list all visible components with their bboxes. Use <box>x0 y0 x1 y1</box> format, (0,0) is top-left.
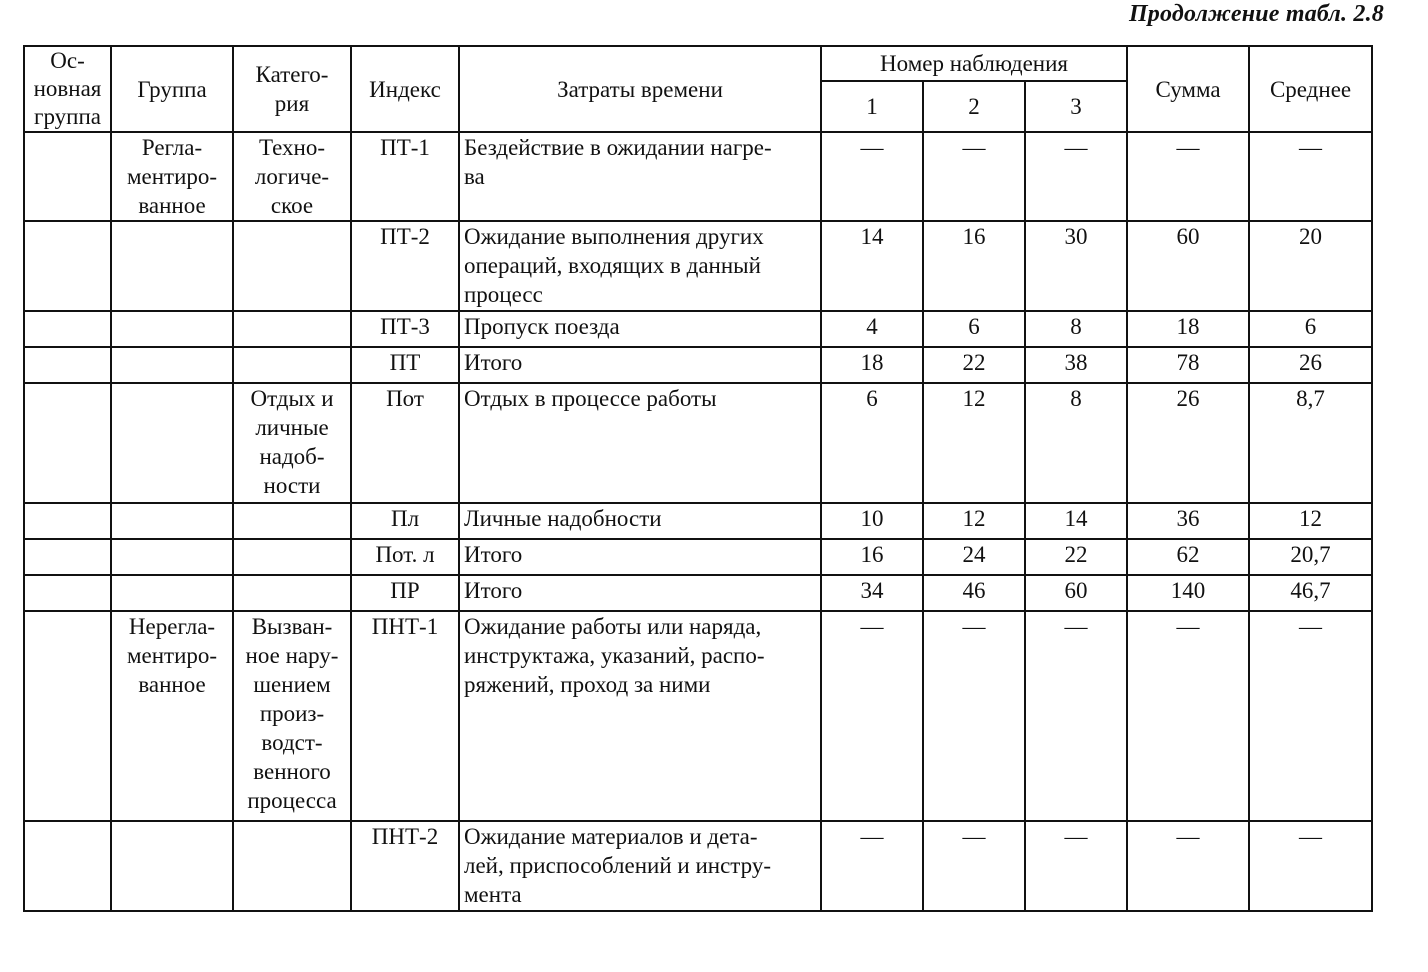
main-group-cell <box>24 311 111 347</box>
category-cell <box>233 503 351 539</box>
average-cell: 12 <box>1249 503 1372 539</box>
category-cell: Техно- логиче- ское <box>233 132 351 221</box>
obs-3-cell: — <box>1025 821 1127 911</box>
header-obs-2: 2 <box>923 81 1025 132</box>
obs-2-cell: 24 <box>923 539 1025 575</box>
average-cell: 20 <box>1249 221 1372 311</box>
obs-3-cell: 38 <box>1025 347 1127 383</box>
category-cell: Отдых и личные надоб- ности <box>233 383 351 503</box>
table-row: Нерегла- ментиро- ванноеВызван- ное нару… <box>24 611 1372 821</box>
group-cell: Регла- ментиро- ванное <box>111 132 233 221</box>
sum-cell: 18 <box>1127 311 1249 347</box>
obs-1-cell: — <box>821 611 923 821</box>
obs-1-cell: 34 <box>821 575 923 611</box>
sum-cell: 60 <box>1127 221 1249 311</box>
description-cell: Бездействие в ожидании нагре- ва <box>459 132 821 221</box>
description-cell: Ожидание выполнения других операций, вхо… <box>459 221 821 311</box>
obs-3-cell: 30 <box>1025 221 1127 311</box>
category-cell <box>233 539 351 575</box>
main-group-cell <box>24 611 111 821</box>
obs-1-cell: 18 <box>821 347 923 383</box>
sum-cell: 62 <box>1127 539 1249 575</box>
sum-cell: — <box>1127 611 1249 821</box>
index-cell: ПР <box>351 575 459 611</box>
obs-3-cell: 60 <box>1025 575 1127 611</box>
average-cell: 20,7 <box>1249 539 1372 575</box>
obs-3-cell: 8 <box>1025 311 1127 347</box>
description-cell: Отдых в процессе работы <box>459 383 821 503</box>
category-cell <box>233 575 351 611</box>
obs-2-cell: — <box>923 611 1025 821</box>
group-cell <box>111 503 233 539</box>
category-cell <box>233 347 351 383</box>
index-cell: ПНТ-2 <box>351 821 459 911</box>
average-cell: 8,7 <box>1249 383 1372 503</box>
sum-cell: 78 <box>1127 347 1249 383</box>
obs-1-cell: 14 <box>821 221 923 311</box>
sum-cell: 36 <box>1127 503 1249 539</box>
group-cell <box>111 347 233 383</box>
table-row: Регла- ментиро- ванноеТехно- логиче- ско… <box>24 132 1372 221</box>
description-cell: Личные надобности <box>459 503 821 539</box>
average-cell: — <box>1249 611 1372 821</box>
header-obs-1: 1 <box>821 81 923 132</box>
obs-3-cell: — <box>1025 132 1127 221</box>
obs-3-cell: 8 <box>1025 383 1127 503</box>
obs-1-cell: 10 <box>821 503 923 539</box>
header-group: Группа <box>111 46 233 132</box>
obs-2-cell: — <box>923 821 1025 911</box>
category-cell: Вызван- ное нару- шением произ- водст- в… <box>233 611 351 821</box>
header-index: Индекс <box>351 46 459 132</box>
group-cell: Нерегла- ментиро- ванное <box>111 611 233 821</box>
sum-cell: 26 <box>1127 383 1249 503</box>
obs-1-cell: 6 <box>821 383 923 503</box>
index-cell: ПТ <box>351 347 459 383</box>
main-group-cell <box>24 132 111 221</box>
header-observation-number: Номер наблюдения <box>821 46 1127 81</box>
obs-2-cell: 22 <box>923 347 1025 383</box>
main-group-cell <box>24 383 111 503</box>
header-category: Катего- рия <box>233 46 351 132</box>
table-caption: Продолжение табл. 2.8 <box>1129 0 1384 28</box>
obs-2-cell: 46 <box>923 575 1025 611</box>
obs-1-cell: 4 <box>821 311 923 347</box>
category-cell <box>233 311 351 347</box>
main-group-cell <box>24 221 111 311</box>
index-cell: ПТ-3 <box>351 311 459 347</box>
header-time-costs: Затраты времени <box>459 46 821 132</box>
group-cell <box>111 821 233 911</box>
table-row: Отдых и личные надоб- ностиПотОтдых в пр… <box>24 383 1372 503</box>
main-group-cell <box>24 539 111 575</box>
obs-2-cell: — <box>923 132 1025 221</box>
index-cell: ПТ-2 <box>351 221 459 311</box>
main-group-cell <box>24 575 111 611</box>
header-obs-3: 3 <box>1025 81 1127 132</box>
obs-1-cell: — <box>821 132 923 221</box>
table-row: ПНТ-2Ожидание материалов и дета- лей, пр… <box>24 821 1372 911</box>
group-cell <box>111 311 233 347</box>
obs-2-cell: 12 <box>923 503 1025 539</box>
header-main-group: Ос- новная группа <box>24 46 111 132</box>
group-cell <box>111 221 233 311</box>
time-costs-table: Ос- новная группа Группа Катего- рия Инд… <box>23 45 1373 912</box>
category-cell <box>233 821 351 911</box>
average-cell: 46,7 <box>1249 575 1372 611</box>
table-row: ПТ-3Пропуск поезда468186 <box>24 311 1372 347</box>
table-row: ПТИтого1822387826 <box>24 347 1372 383</box>
description-cell: Ожидание работы или наряда, инструктажа,… <box>459 611 821 821</box>
table-row: ПРИтого34466014046,7 <box>24 575 1372 611</box>
header-sum: Сумма <box>1127 46 1249 132</box>
description-cell: Итого <box>459 539 821 575</box>
obs-2-cell: 6 <box>923 311 1025 347</box>
obs-2-cell: 12 <box>923 383 1025 503</box>
group-cell <box>111 539 233 575</box>
sum-cell: — <box>1127 821 1249 911</box>
index-cell: ПТ-1 <box>351 132 459 221</box>
obs-3-cell: 14 <box>1025 503 1127 539</box>
average-cell: — <box>1249 132 1372 221</box>
obs-2-cell: 16 <box>923 221 1025 311</box>
index-cell: Пл <box>351 503 459 539</box>
obs-1-cell: 16 <box>821 539 923 575</box>
sum-cell: — <box>1127 132 1249 221</box>
sum-cell: 140 <box>1127 575 1249 611</box>
category-cell <box>233 221 351 311</box>
average-cell: — <box>1249 821 1372 911</box>
table-row: ПлЛичные надобности1012143612 <box>24 503 1372 539</box>
description-cell: Ожидание материалов и дета- лей, приспос… <box>459 821 821 911</box>
index-cell: Пот. л <box>351 539 459 575</box>
obs-3-cell: — <box>1025 611 1127 821</box>
group-cell <box>111 383 233 503</box>
main-group-cell <box>24 347 111 383</box>
description-cell: Итого <box>459 347 821 383</box>
obs-1-cell: — <box>821 821 923 911</box>
description-cell: Итого <box>459 575 821 611</box>
obs-3-cell: 22 <box>1025 539 1127 575</box>
average-cell: 26 <box>1249 347 1372 383</box>
index-cell: ПНТ-1 <box>351 611 459 821</box>
header-average: Среднее <box>1249 46 1372 132</box>
main-group-cell <box>24 503 111 539</box>
index-cell: Пот <box>351 383 459 503</box>
average-cell: 6 <box>1249 311 1372 347</box>
main-group-cell <box>24 821 111 911</box>
table-row: Пот. лИтого1624226220,7 <box>24 539 1372 575</box>
description-cell: Пропуск поезда <box>459 311 821 347</box>
table-row: ПТ-2Ожидание выполнения других операций,… <box>24 221 1372 311</box>
group-cell <box>111 575 233 611</box>
